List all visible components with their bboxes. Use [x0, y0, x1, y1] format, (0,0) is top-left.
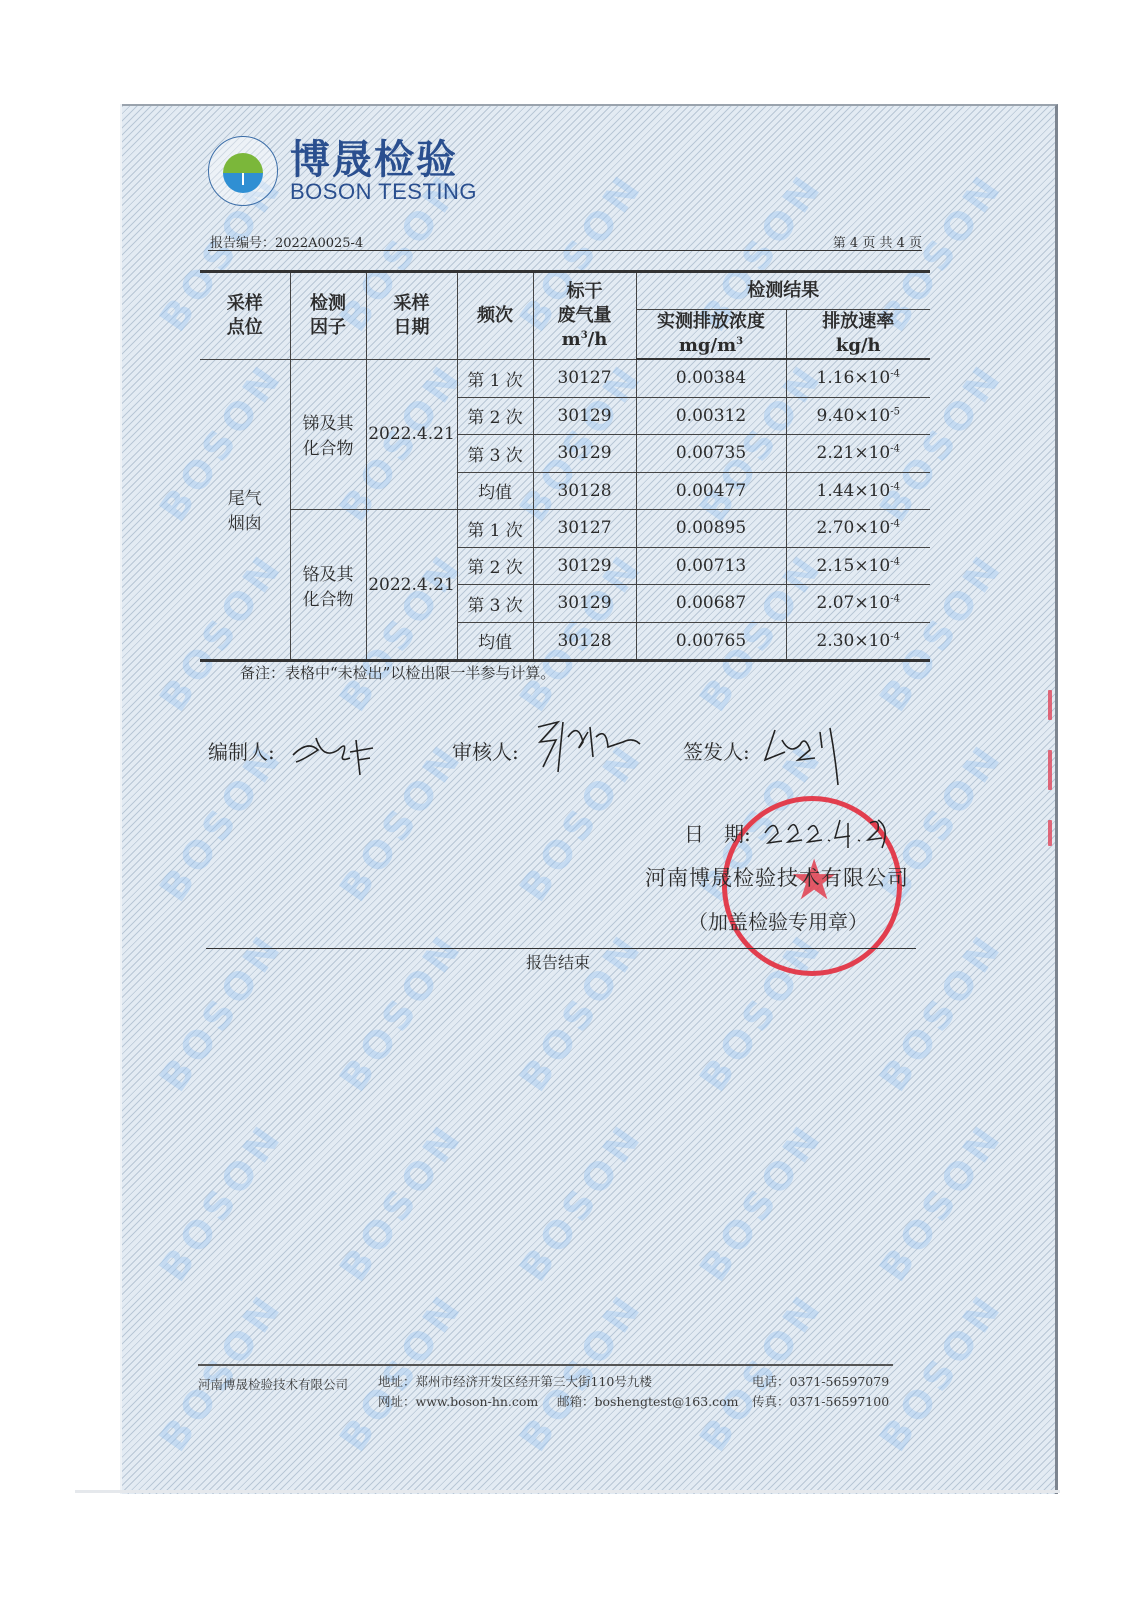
compiler-label: 编制人: — [208, 736, 275, 765]
cell-rate: 2.07×10-4 — [786, 585, 930, 623]
cell-concentration: 0.00713 — [636, 547, 786, 585]
cell-frequency: 第 3 次 — [457, 585, 533, 623]
footer-phone: 电话：0371-56597079 — [752, 1372, 889, 1390]
cell-concentration: 0.00895 — [636, 510, 786, 548]
cell-frequency: 第 1 次 — [457, 510, 533, 548]
cell-rate: 1.44×10-4 — [786, 472, 930, 510]
page-info: 第 4 页 共 4 页 — [833, 232, 922, 251]
table-row: 尾气烟囱锑及其化合物2022.4.21第 1 次301270.003841.16… — [200, 359, 930, 397]
cell-flow: 30129 — [533, 585, 636, 623]
logo-english-name: BOSON TESTING — [290, 181, 477, 203]
table-body: 尾气烟囱锑及其化合物2022.4.21第 1 次301270.003841.16… — [200, 359, 930, 661]
report-header: 报告编号：2022A0025-4 第 4 页 共 4 页 — [208, 232, 922, 251]
cell-concentration: 0.00687 — [636, 585, 786, 623]
header-factor: 检测因子 — [290, 272, 366, 360]
header-date: 采样日期 — [366, 272, 457, 360]
header-rate: 排放速率kg/h — [786, 310, 930, 360]
cell-factor: 铬及其化合物 — [290, 510, 366, 661]
cell-concentration: 0.00384 — [636, 359, 786, 397]
cell-frequency: 均值 — [457, 472, 533, 510]
cell-rate: 2.15×10-4 — [786, 547, 930, 585]
cell-flow: 30129 — [533, 547, 636, 585]
cell-flow: 30127 — [533, 359, 636, 397]
footer-address: 地址：郑州市经济开发区经开第三大街110号九楼 — [378, 1372, 652, 1390]
results-table: 采样点位 检测因子 采样日期 频次 标干废气量m3/h 检测结果 实测排放浓度m… — [200, 270, 930, 662]
cell-date: 2022.4.21 — [366, 510, 457, 661]
stamp-note: （加盖检验专用章） — [688, 906, 868, 935]
footer-website: 网址：www.boson-hn.com — [378, 1392, 538, 1410]
cell-frequency: 第 1 次 — [457, 359, 533, 397]
cell-frequency: 第 2 次 — [457, 397, 533, 435]
cell-flow: 30129 — [533, 397, 636, 435]
company-name: 河南博晟检验技术有限公司 — [645, 862, 909, 892]
reviewer-label: 审核人: — [452, 736, 519, 765]
table-note: 备注：表格中“未检出”以检出限一半参与计算。 — [240, 662, 555, 683]
footer-fax: 传真：0371-56597100 — [752, 1392, 889, 1410]
cell-date: 2022.4.21 — [366, 359, 457, 510]
end-divider — [206, 948, 916, 949]
header-flow: 标干废气量m3/h — [533, 272, 636, 360]
cell-flow: 30129 — [533, 435, 636, 473]
cell-factor: 锑及其化合物 — [290, 359, 366, 510]
table-row: 铬及其化合物2022.4.21第 1 次301270.008952.70×10-… — [200, 510, 930, 548]
report-number: 报告编号：2022A0025-4 — [210, 232, 363, 251]
footer-divider — [198, 1364, 893, 1366]
cell-rate: 2.21×10-4 — [786, 435, 930, 473]
page-edge — [75, 1490, 1060, 1493]
cell-flow: 30128 — [533, 472, 636, 510]
seal-edge-marks — [1048, 690, 1054, 870]
footer-company: 河南博晟检验技术有限公司 — [198, 1375, 348, 1393]
cell-frequency: 第 2 次 — [457, 547, 533, 585]
cell-rate: 2.70×10-4 — [786, 510, 930, 548]
date-label: 日 期: — [684, 818, 751, 847]
leaf-logo-icon — [208, 136, 278, 206]
cell-frequency: 第 3 次 — [457, 435, 533, 473]
cell-concentration: 0.00477 — [636, 472, 786, 510]
footer-email: 邮箱：boshengtest@163.com — [557, 1392, 739, 1410]
cell-rate: 9.40×10-5 — [786, 397, 930, 435]
cell-rate: 2.30×10-4 — [786, 622, 930, 661]
logo-chinese-name: 博晟检验 — [290, 139, 477, 181]
cell-frequency: 均值 — [457, 622, 533, 661]
cell-flow: 30127 — [533, 510, 636, 548]
cell-concentration: 0.00312 — [636, 397, 786, 435]
issuer-label: 签发人: — [683, 736, 750, 765]
header-results: 检测结果 — [636, 272, 930, 310]
company-logo: 博晟检验 BOSON TESTING — [208, 136, 477, 206]
header-site: 采样点位 — [200, 272, 290, 360]
cell-concentration: 0.00765 — [636, 622, 786, 661]
cell-flow: 30128 — [533, 622, 636, 661]
report-end-label: 报告结束 — [526, 950, 590, 973]
cell-site: 尾气烟囱 — [200, 359, 290, 661]
header-concentration: 实测排放浓度mg/m3 — [636, 310, 786, 360]
cell-concentration: 0.00735 — [636, 435, 786, 473]
header-frequency: 频次 — [457, 272, 533, 360]
cell-rate: 1.16×10-4 — [786, 359, 930, 397]
